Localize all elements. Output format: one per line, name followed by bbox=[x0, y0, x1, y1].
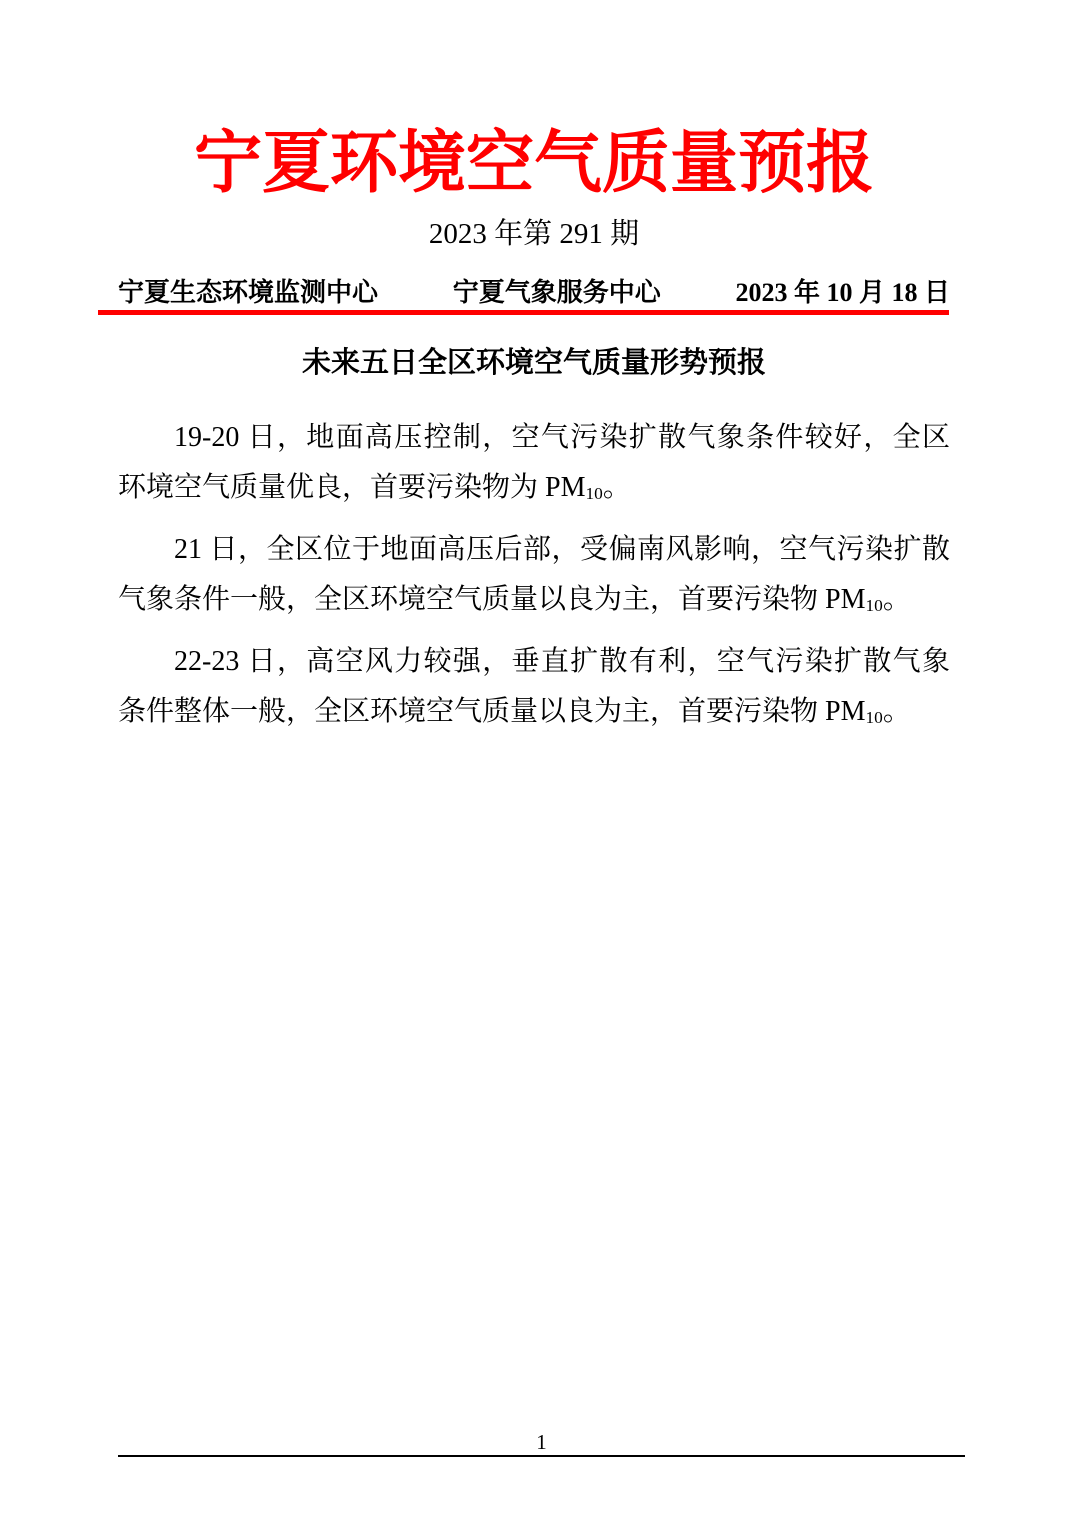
forecast-paragraph-21: 21 日，全区位于地面高压后部，受偏南风影响，空气污染扩散 气象条件一般，全区环… bbox=[118, 525, 950, 625]
document-title: 宁夏环境空气质量预报 bbox=[118, 124, 950, 202]
header-divider-rule bbox=[98, 310, 949, 315]
pollutant-label: PM bbox=[825, 584, 865, 615]
document-page: 宁夏环境空气质量预报 2023 年第 291 期 宁夏生态环境监测中心 宁夏气象… bbox=[0, 0, 1074, 1520]
document-date: 2023 年 10 月 18 日 bbox=[735, 278, 950, 308]
forecast-paragraph-19-20: 19-20 日，地面高压控制，空气污染扩散气象条件较好，全区 环境空气质量优良，… bbox=[118, 413, 950, 513]
section-title: 未来五日全区环境空气质量形势预报 bbox=[118, 345, 950, 381]
paragraph-line: 22-23 日，高空风力较强，垂直扩散有利，空气污染扩散气象 bbox=[118, 637, 950, 687]
paragraph-line: 气象条件一般，全区环境空气质量以良为主，首要污染物 PM10。 bbox=[118, 575, 950, 625]
pollutant-subscript: 10 bbox=[865, 708, 882, 727]
sentence-end: 。 bbox=[883, 696, 911, 727]
page-number: 1 bbox=[118, 1430, 965, 1454]
org-weather-center: 宁夏气象服务中心 bbox=[453, 278, 661, 308]
forecast-paragraph-22-23: 22-23 日，高空风力较强，垂直扩散有利，空气污染扩散气象 条件整体一般，全区… bbox=[118, 637, 950, 737]
paragraph-text: 环境空气质量优良，首要污染物为 bbox=[118, 472, 545, 503]
paragraph-line: 条件整体一般，全区环境空气质量以良为主，首要污染物 PM10。 bbox=[118, 687, 950, 737]
paragraph-line: 环境空气质量优良，首要污染物为 PM10。 bbox=[118, 463, 950, 513]
page-footer: 1 bbox=[118, 1430, 965, 1457]
paragraph-text: 条件整体一般，全区环境空气质量以良为主，首要污染物 bbox=[118, 696, 825, 727]
paragraph-line: 19-20 日，地面高压控制，空气污染扩散气象条件较好，全区 bbox=[118, 413, 950, 463]
pollutant-label: PM bbox=[545, 472, 585, 503]
sentence-end: 。 bbox=[603, 472, 631, 503]
pollutant-subscript: 10 bbox=[865, 596, 882, 615]
document-content: 宁夏环境空气质量预报 2023 年第 291 期 宁夏生态环境监测中心 宁夏气象… bbox=[118, 124, 950, 737]
paragraph-line: 21 日，全区位于地面高压后部，受偏南风影响，空气污染扩散 bbox=[118, 525, 950, 575]
org-monitoring-center: 宁夏生态环境监测中心 bbox=[118, 278, 378, 308]
sentence-end: 。 bbox=[883, 584, 911, 615]
pollutant-subscript: 10 bbox=[585, 484, 602, 503]
paragraph-text: 气象条件一般，全区环境空气质量以良为主，首要污染物 bbox=[118, 584, 825, 615]
pollutant-label: PM bbox=[825, 696, 865, 727]
issue-number: 2023 年第 291 期 bbox=[118, 214, 950, 254]
document-header: 宁夏生态环境监测中心 宁夏气象服务中心 2023 年 10 月 18 日 bbox=[118, 278, 950, 308]
footer-divider-rule bbox=[118, 1455, 965, 1457]
